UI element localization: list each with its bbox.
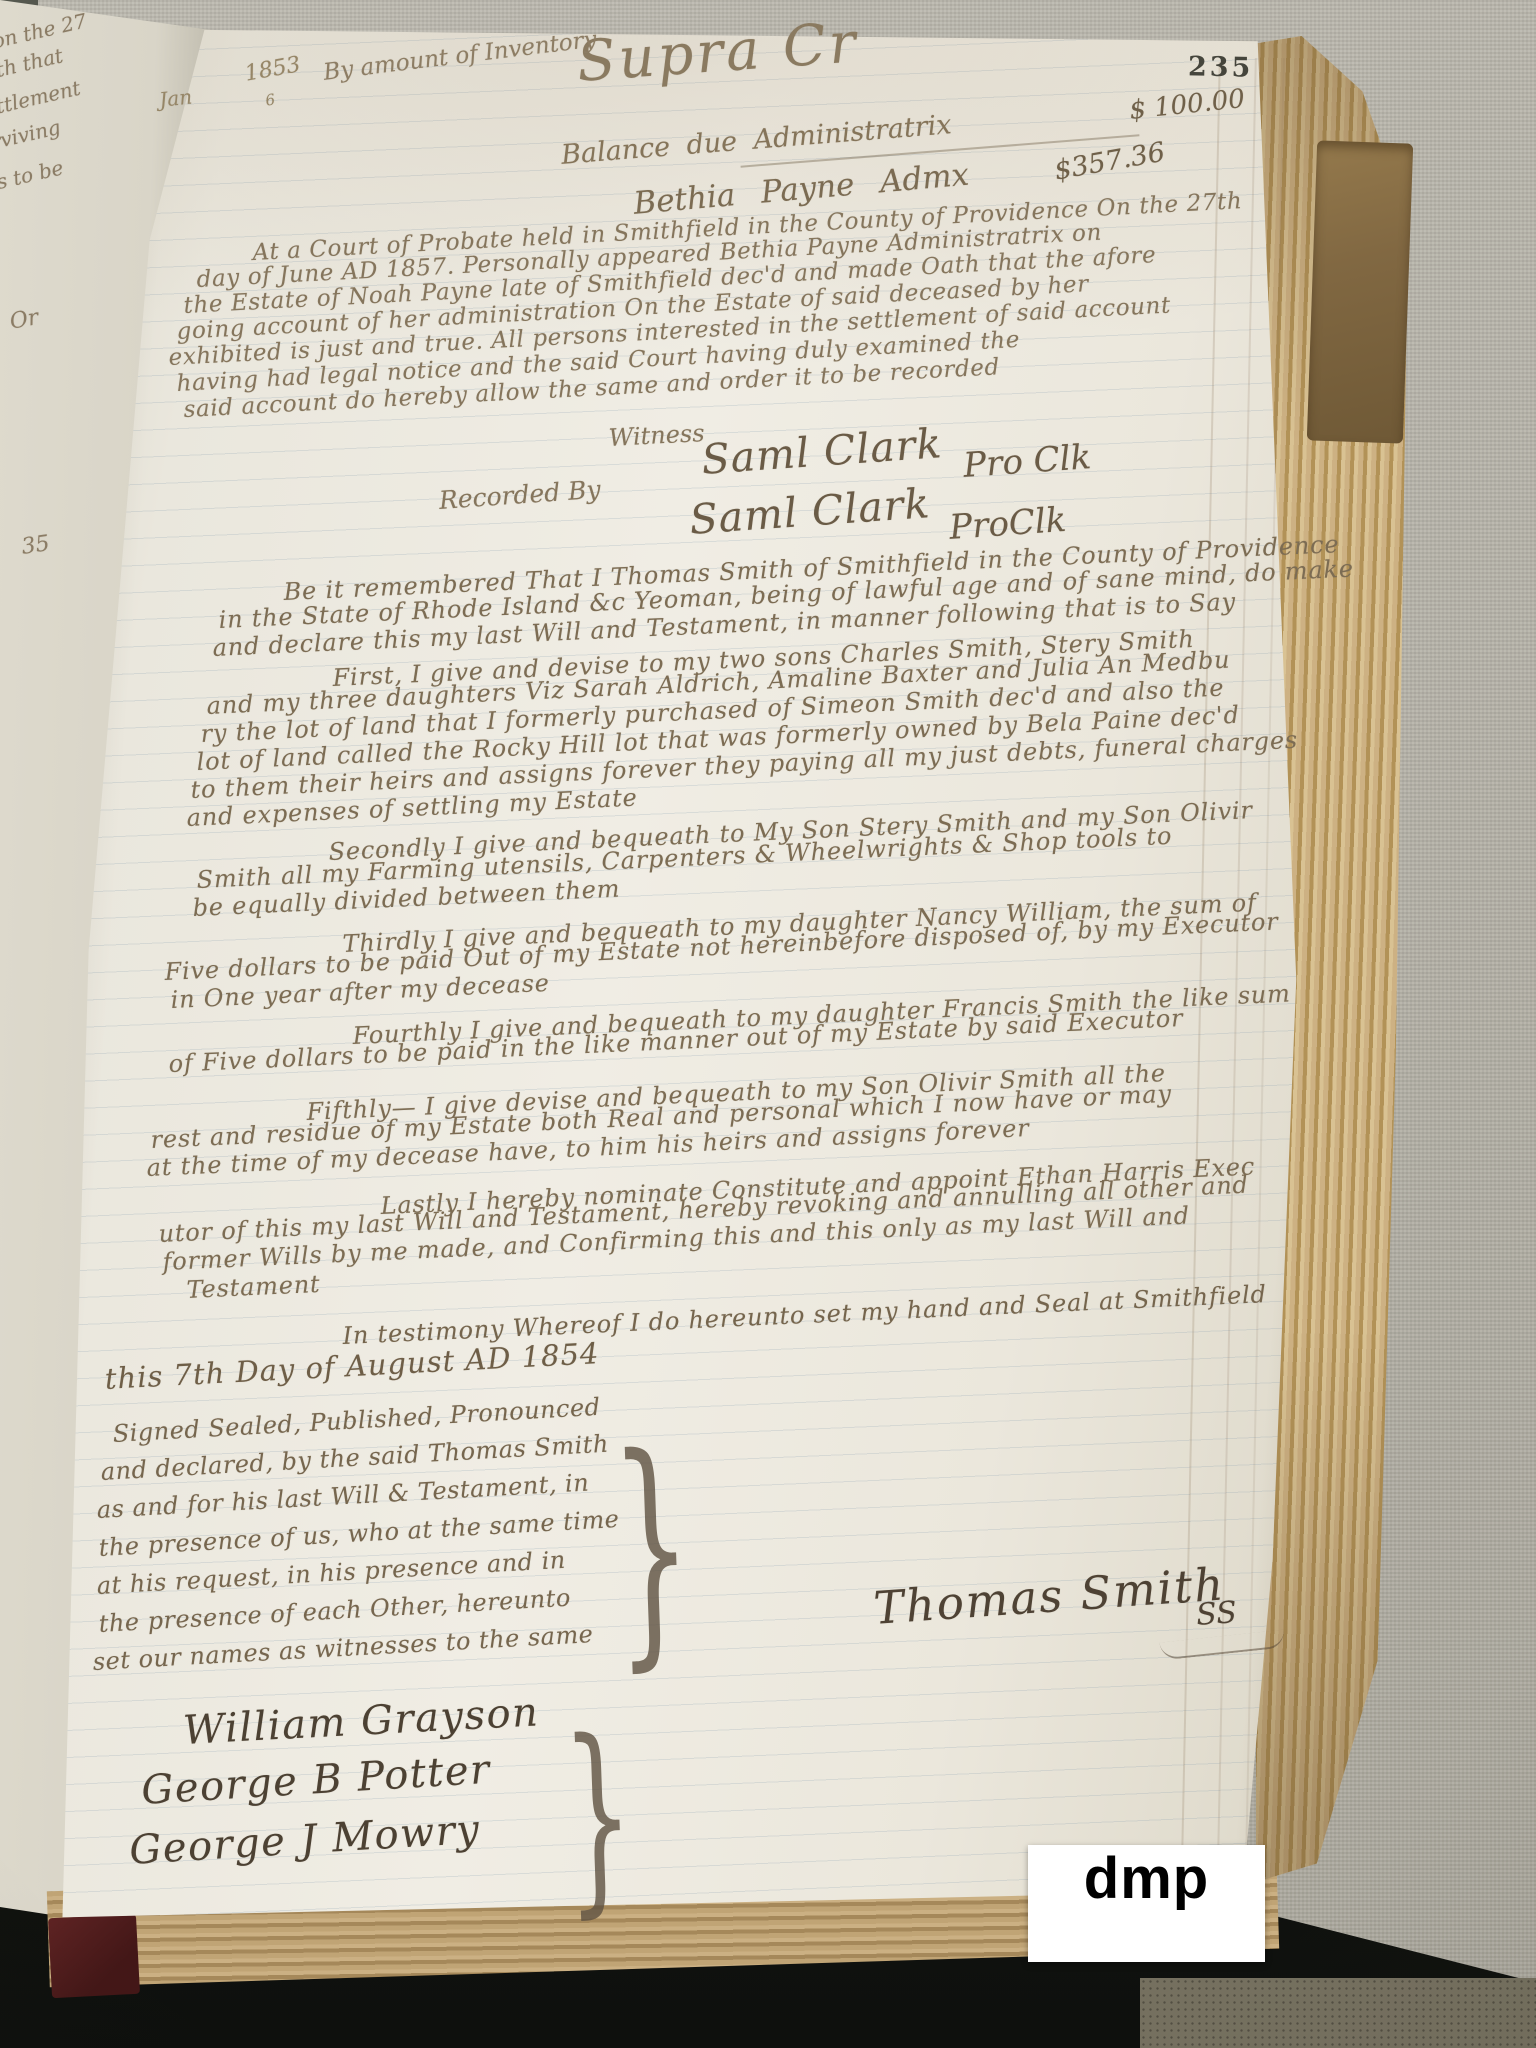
leather-tab (1307, 140, 1413, 443)
witness-label: Witness (608, 419, 705, 452)
recorder-title: ProClk (948, 500, 1068, 548)
facing-page-fragment: Or (8, 305, 40, 335)
seal-mark: SS (1195, 1595, 1238, 1633)
dmp-label: dmp (1028, 1845, 1265, 1962)
page-number: 235 (1188, 51, 1254, 83)
facing-page-fragment: 35 (20, 531, 51, 560)
floor-corner (1140, 1978, 1536, 2048)
witness-brace: } (560, 1698, 637, 1938)
red-spine-corner (48, 1914, 140, 1998)
dmp-label-text: dmp (1028, 1845, 1265, 1912)
attestation-brace: } (608, 1405, 696, 1694)
margin-date-mark: Jan (158, 85, 193, 112)
photo-of-ledger-book: on the 27 oath that settlement surviving… (0, 0, 1536, 2048)
